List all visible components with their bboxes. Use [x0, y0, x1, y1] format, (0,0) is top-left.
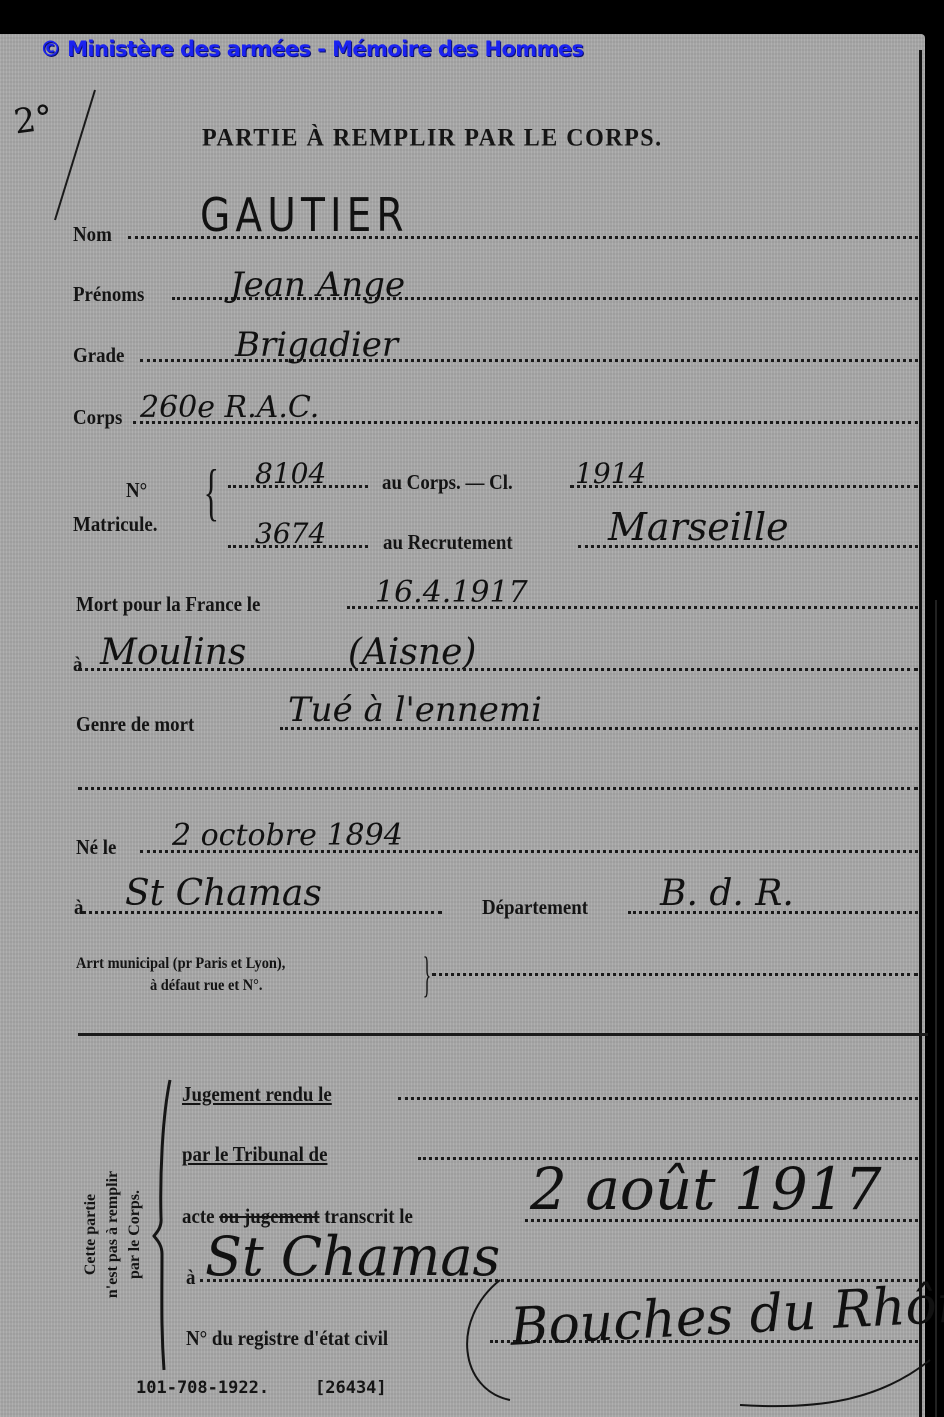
flourish-stroke: [440, 1270, 940, 1410]
arrondissement-brace: }: [423, 945, 431, 1003]
print-ref: [26434]: [315, 1378, 387, 1398]
form-title: PARTIE À REMPLIR PAR LE CORPS.: [202, 124, 663, 152]
corps-value: 260e R.A.C.: [140, 390, 319, 425]
nom-label: Nom: [73, 222, 112, 247]
side-note-line-1: Cette partie: [80, 1147, 102, 1322]
ne-le-label: Né le: [76, 835, 116, 860]
print-code: 101-708-1922.: [136, 1378, 269, 1398]
prenoms-value: Jean Ange: [230, 265, 405, 305]
acte-value: 2 août 1917: [530, 1155, 882, 1223]
matricule-brace: {: [204, 455, 219, 529]
jugement-rendu-label: Jugement rendu le: [182, 1082, 332, 1107]
jugement-lieu-label: à: [186, 1265, 195, 1290]
lieu-mort-value: Moulins (Aisne): [100, 632, 476, 673]
jugement-rendu-line: [398, 1097, 918, 1100]
classe-value: 1914: [575, 457, 646, 490]
side-note: Cette partie n'est pas à remplir par le …: [80, 1147, 146, 1322]
recrutement-value: Marseille: [608, 505, 789, 549]
matricule-corps-number: 8104: [255, 457, 326, 490]
copyright-watermark: © Ministère des armées - Mémoire des Hom…: [40, 37, 583, 61]
prenoms-label: Prénoms: [73, 282, 144, 307]
matricule-label-no: N°: [126, 478, 147, 503]
jugement-brace: [150, 1078, 180, 1378]
lieu-mort-label: à: [73, 652, 82, 677]
matricule-label: Matricule.: [73, 512, 157, 537]
genre-mort-value: Tué à l'ennemi: [288, 690, 542, 730]
ne-le-value: 2 octobre 1894: [172, 818, 403, 853]
mort-value: 16.4.1917: [375, 575, 528, 610]
grade-value: Brigadier: [235, 325, 398, 365]
matricule-recrutement-number: 3674: [255, 517, 326, 550]
card-border-line: [919, 50, 922, 1417]
recrutement-label: au Recrutement: [383, 530, 513, 555]
arrondissement-label-1: Arrt municipal (pr Paris et Lyon),: [76, 955, 285, 973]
margin-slash: [25, 85, 105, 225]
extra-line: [78, 787, 918, 790]
arrondissement-line: [432, 973, 918, 976]
departement-label: Département: [482, 895, 588, 920]
side-note-line-3: par le Corps.: [124, 1147, 146, 1322]
matricule-corps-label: au Corps. — Cl.: [382, 470, 513, 495]
departement-value: B. d. R.: [660, 873, 794, 914]
tribunal-label: par le Tribunal de: [182, 1142, 327, 1167]
corps-label: Corps: [73, 405, 122, 430]
lieu-naissance-value: St Chamas: [125, 873, 322, 914]
side-note-line-2: n'est pas à remplir: [102, 1147, 124, 1322]
arrondissement-label-2: à défaut rue et N°.: [150, 977, 263, 995]
genre-mort-label: Genre de mort: [76, 712, 194, 737]
lieu-naissance-label: à: [74, 895, 83, 920]
grade-label: Grade: [73, 343, 124, 368]
mort-label: Mort pour la France le: [76, 592, 260, 617]
registre-label: N° du registre d'état civil: [186, 1326, 388, 1351]
section-divider: [78, 1033, 928, 1036]
nom-value: GAUTIER: [200, 188, 409, 242]
